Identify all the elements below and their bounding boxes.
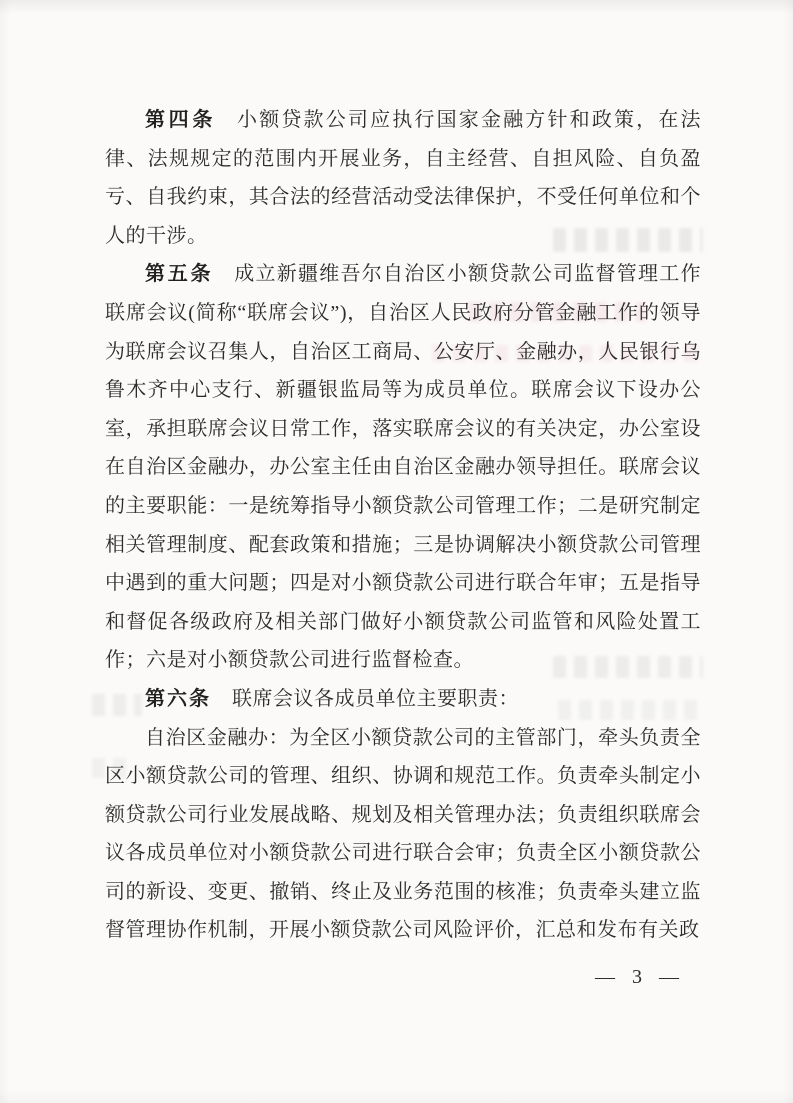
article-6-text: 联席会议各成员单位主要职责： bbox=[232, 688, 519, 710]
article-5-text: 成立新疆维吾尔自治区小额贷款公司监督管理工作联席会议(简称“联席会议”)，自治区… bbox=[105, 263, 701, 671]
finance-office-duties-paragraph: 自治区金融办：为全区小额贷款公司的主管部门，牵头负责全区小额贷款公司的管理、组织… bbox=[105, 719, 701, 951]
article-4-label: 第四条 bbox=[145, 109, 216, 131]
page-number: — 3 — bbox=[595, 966, 685, 989]
article-4-paragraph: 第四条小额贷款公司应执行国家金融方针和政策，在法律、法规规定的范围内开展业务，自… bbox=[105, 101, 701, 255]
document-body: 第四条小额贷款公司应执行国家金融方针和政策，在法律、法规规定的范围内开展业务，自… bbox=[105, 101, 701, 950]
article-6-paragraph: 第六条联席会议各成员单位主要职责： bbox=[105, 680, 701, 719]
article-5-label: 第五条 bbox=[145, 263, 213, 285]
scanned-page: 第四条小额贷款公司应执行国家金融方针和政策，在法律、法规规定的范围内开展业务，自… bbox=[0, 0, 793, 1103]
article-6-label: 第六条 bbox=[145, 688, 211, 710]
article-5-paragraph: 第五条成立新疆维吾尔自治区小额贷款公司监督管理工作联席会议(简称“联席会议”)，… bbox=[105, 255, 701, 680]
finance-office-duties-text: 自治区金融办：为全区小额贷款公司的主管部门，牵头负责全区小额贷款公司的管理、组织… bbox=[105, 727, 701, 942]
